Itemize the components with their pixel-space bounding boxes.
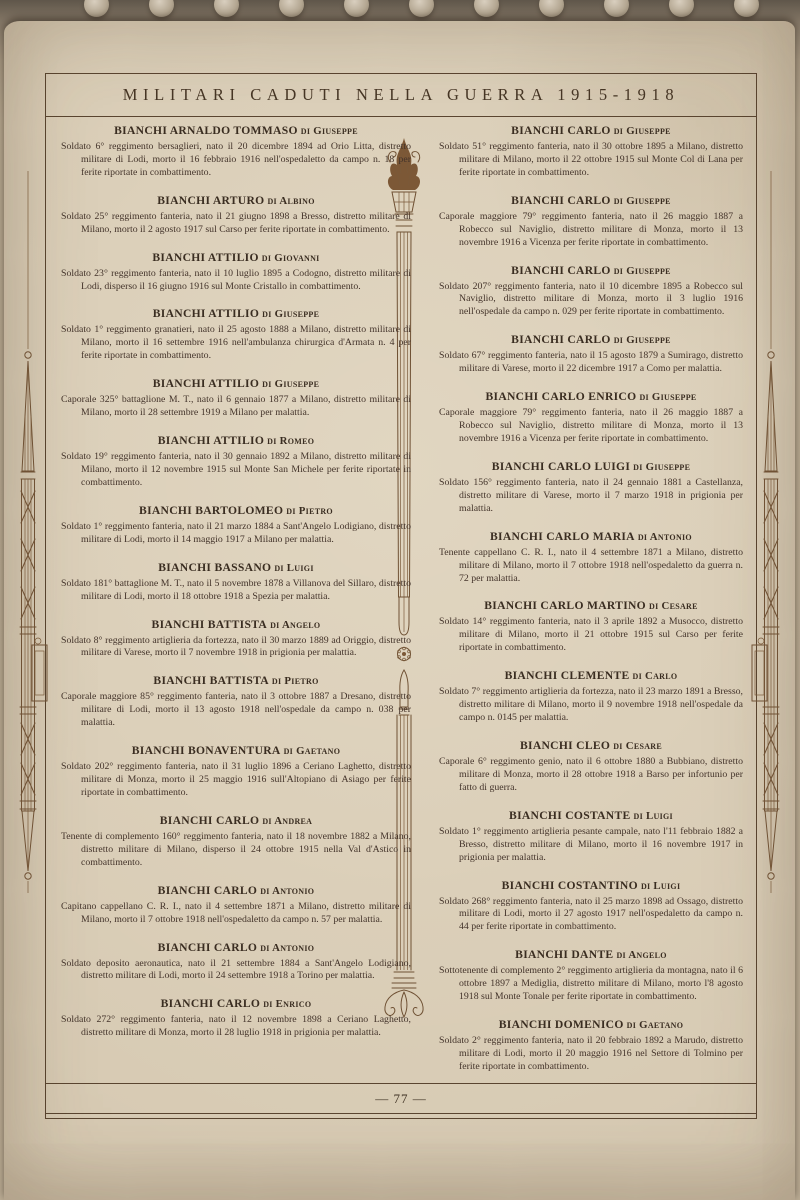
soldier-name-heading: BIANCHI ATTILIOdi Giuseppe <box>61 377 411 390</box>
soldier-name-heading: BIANCHI CARLOdi Antonio <box>61 884 411 897</box>
soldier-name-heading: BIANCHI CLEMENTEdi Carlo <box>439 669 743 682</box>
soldier-name-heading: BIANCHI CARLOdi Giuseppe <box>439 264 743 277</box>
soldier-name: BIANCHI CLEO <box>520 739 610 752</box>
soldier-name-heading: BIANCHI CARLOdi Enrico <box>61 997 411 1010</box>
soldier-father: di Angelo <box>616 949 666 961</box>
soldier-name-heading: BIANCHI ATTILIOdi Romeo <box>61 434 411 447</box>
edge-dot <box>604 0 629 17</box>
soldier-record: Soldato 6° reggimento bersaglieri, nato … <box>61 141 411 180</box>
soldier-entry: BIANCHI BONAVENTURAdi Gaetano Soldato 20… <box>61 744 411 800</box>
soldier-name-heading: BIANCHI BATTISTAdi Angelo <box>61 618 411 631</box>
soldier-entry: BIANCHI ARTUROdi Albino Soldato 25° regg… <box>61 194 411 237</box>
soldier-name-heading: BIANCHI BARTOLOMEOdi Pietro <box>61 504 411 517</box>
edge-dot <box>669 0 694 17</box>
soldier-name-heading: BIANCHI CARLOdi Giuseppe <box>439 124 743 137</box>
soldier-father: di Antonio <box>638 531 692 543</box>
soldier-name-heading: BIANCHI BATTISTAdi Pietro <box>61 674 411 687</box>
soldier-record: Soldato 1° reggimento granatieri, nato i… <box>61 324 411 363</box>
soldier-record: Soldato 181° battaglione M. T., nato il … <box>61 578 411 604</box>
soldier-name: BIANCHI ARNALDO TOMMASO <box>114 124 298 137</box>
soldier-father: di Pietro <box>272 675 319 687</box>
soldier-entry: BIANCHI CARLOdi Giuseppe Soldato 51° reg… <box>439 124 743 180</box>
soldier-name-heading: BIANCHI BASSANOdi Luigi <box>61 561 411 574</box>
fasces-left-icon <box>8 171 48 893</box>
soldier-father: di Antonio <box>260 942 314 954</box>
soldier-record: Soldato 2° reggimento fanteria, nato il … <box>439 1035 743 1074</box>
soldier-record: Caporale maggiore 79° reggimento fanteri… <box>439 211 743 250</box>
soldier-record: Soldato 7° reggimento artiglieria da for… <box>439 686 743 725</box>
soldier-record: Capitano cappellano C. R. I., nato il 4 … <box>61 901 411 927</box>
edge-dot <box>149 0 174 17</box>
soldier-entry: BIANCHI CLEOdi Cesare Caporale 6° reggim… <box>439 739 743 795</box>
soldier-record: Soldato 272° reggimento fanteria, nato i… <box>61 1014 411 1040</box>
soldier-name: BIANCHI BONAVENTURA <box>132 744 281 757</box>
soldier-name-heading: BIANCHI COSTANTINOdi Luigi <box>439 879 743 892</box>
soldier-entry: BIANCHI CARLOdi Giuseppe Caporale maggio… <box>439 194 743 250</box>
soldier-name-heading: BIANCHI CARLO LUIGIdi Giuseppe <box>439 460 743 473</box>
soldier-name-heading: BIANCHI CARLOdi Giuseppe <box>439 333 743 346</box>
soldier-name: BIANCHI COSTANTE <box>509 809 631 822</box>
title-band: MILITARI CADUTI NELLA GUERRA 1915-1918 <box>46 74 756 117</box>
soldier-record: Caporale maggiore 79° reggimento fanteri… <box>439 407 743 446</box>
soldier-entry: BIANCHI COSTANTINOdi Luigi Soldato 268° … <box>439 879 743 935</box>
soldier-name: BIANCHI DANTE <box>515 948 613 961</box>
soldier-name: BIANCHI DOMENICO <box>499 1018 624 1031</box>
soldier-name: BIANCHI ATTILIO <box>153 307 259 320</box>
soldier-record: Caporale 325° battaglione M. T., nato il… <box>61 394 411 420</box>
soldier-father: di Enrico <box>263 998 311 1010</box>
soldier-name: BIANCHI COSTANTINO <box>502 879 638 892</box>
soldier-name-heading: BIANCHI CARLO MARTINOdi Cesare <box>439 599 743 612</box>
soldier-father: di Luigi <box>641 880 680 892</box>
soldier-entry: BIANCHI ATTILIOdi Giuseppe Caporale 325°… <box>61 377 411 420</box>
soldier-entry: BIANCHI CARLOdi Antonio Capitano cappell… <box>61 884 411 927</box>
soldier-entry: BIANCHI CARLOdi Enrico Soldato 272° regg… <box>61 997 411 1040</box>
soldier-name-heading: BIANCHI ATTILIOdi Giovanni <box>61 251 411 264</box>
soldier-name: BIANCHI CARLO <box>158 941 258 954</box>
soldier-name: BIANCHI ATTILIO <box>153 377 259 390</box>
soldier-father: di Giuseppe <box>614 334 671 346</box>
soldier-name: BIANCHI BATTISTA <box>153 674 269 687</box>
soldier-name: BIANCHI BASSANO <box>158 561 271 574</box>
soldier-name: BIANCHI ARTURO <box>157 194 264 207</box>
soldier-name-heading: BIANCHI CARLO ENRICOdi Giuseppe <box>439 390 743 403</box>
soldier-name-heading: BIANCHI BONAVENTURAdi Gaetano <box>61 744 411 757</box>
soldier-father: di Giuseppe <box>639 391 696 403</box>
soldier-entry: BIANCHI CLEMENTEdi Carlo Soldato 7° regg… <box>439 669 743 725</box>
edge-dot <box>279 0 304 17</box>
footer-band: — 77 — <box>46 1083 756 1113</box>
soldier-name: BIANCHI CARLO <box>511 124 611 137</box>
soldier-name-heading: BIANCHI CLEOdi Cesare <box>439 739 743 752</box>
soldier-record: Soldato 67° reggimento fanteria, nato il… <box>439 350 743 376</box>
soldier-entry: BIANCHI DANTEdi Angelo Sottotenente di c… <box>439 948 743 1004</box>
soldier-entry: BIANCHI ATTILIOdi Romeo Soldato 19° regg… <box>61 434 411 490</box>
edge-dot <box>214 0 239 17</box>
soldier-record: Soldato 14° reggimento fanteria, nato il… <box>439 616 743 655</box>
soldier-father: di Giuseppe <box>301 125 358 137</box>
soldier-name: BIANCHI CARLO ENRICO <box>485 390 636 403</box>
soldier-name: BIANCHI CARLO <box>161 997 261 1010</box>
soldier-name: BIANCHI ATTILIO <box>152 251 258 264</box>
soldier-record: Soldato 156° reggimento fanteria, nato i… <box>439 477 743 516</box>
soldier-name-heading: BIANCHI ATTILIOdi Giuseppe <box>61 307 411 320</box>
edge-dot <box>474 0 499 17</box>
soldier-father: di Andrea <box>262 815 312 827</box>
edge-dot <box>84 0 109 17</box>
soldier-father: di Gaetano <box>284 745 341 757</box>
soldier-name-heading: BIANCHI CARLOdi Antonio <box>61 941 411 954</box>
soldier-name-heading: BIANCHI ARTUROdi Albino <box>61 194 411 207</box>
soldier-father: di Giuseppe <box>614 195 671 207</box>
edge-dot <box>344 0 369 17</box>
soldier-record: Soldato 25° reggimento fanteria, nato il… <box>61 211 411 237</box>
soldier-father: di Cesare <box>649 600 698 612</box>
soldier-entry: BIANCHI BARTOLOMEOdi Pietro Soldato 1° r… <box>61 504 411 547</box>
soldier-record: Soldato 23° reggimento fanteria, nato il… <box>61 268 411 294</box>
soldier-record: Soldato 8° reggimento artiglieria da for… <box>61 635 411 661</box>
page-title: MILITARI CADUTI NELLA GUERRA 1915-1918 <box>123 85 680 105</box>
soldier-record: Tenente cappellano C. R. I., nato il 4 s… <box>439 547 743 586</box>
soldier-entry: BIANCHI COSTANTEdi Luigi Soldato 1° regg… <box>439 809 743 865</box>
soldier-father: di Giuseppe <box>633 461 690 473</box>
soldier-father: di Giovanni <box>262 252 320 264</box>
soldier-entry: BIANCHI CARLOdi Antonio Soldato deposito… <box>61 941 411 984</box>
soldier-father: di Luigi <box>274 562 313 574</box>
soldier-name: BIANCHI CARLO MARIA <box>490 530 635 543</box>
edge-dot <box>409 0 434 17</box>
soldier-entry: BIANCHI CARLOdi Giuseppe Soldato 207° re… <box>439 264 743 320</box>
book-page: MILITARI CADUTI NELLA GUERRA 1915-1918 <box>4 21 795 1200</box>
soldier-father: di Giuseppe <box>614 265 671 277</box>
soldier-father: di Romeo <box>267 435 314 447</box>
soldier-name: BIANCHI ATTILIO <box>158 434 264 447</box>
soldier-father: di Cesare <box>613 740 662 752</box>
soldier-record: Tenente di complemento 160° reggimento f… <box>61 831 411 870</box>
soldier-name: BIANCHI CARLO <box>158 884 258 897</box>
soldier-name-heading: BIANCHI DOMENICOdi Gaetano <box>439 1018 743 1031</box>
soldier-father: di Luigi <box>634 810 673 822</box>
soldier-entry: BIANCHI ARNALDO TOMMASOdi Giuseppe Solda… <box>61 124 411 180</box>
soldier-record: Soldato deposito aeronautica, nato il 21… <box>61 958 411 984</box>
soldier-entry: BIANCHI CARLO MARIAdi Antonio Tenente ca… <box>439 530 743 586</box>
right-column: BIANCHI CARLOdi Giuseppe Soldato 51° reg… <box>439 121 743 1083</box>
soldier-father: di Pietro <box>286 505 333 517</box>
soldier-name: BIANCHI BARTOLOMEO <box>139 504 283 517</box>
column-gap <box>411 121 439 1083</box>
soldier-record: Soldato 1° reggimento artiglieria pesant… <box>439 826 743 865</box>
soldier-entry: BIANCHI BASSANOdi Luigi Soldato 181° bat… <box>61 561 411 604</box>
soldier-record: Soldato 207° reggimento fanteria, nato i… <box>439 281 743 320</box>
soldier-entry: BIANCHI CARLO ENRICOdi Giuseppe Caporale… <box>439 390 743 446</box>
soldier-record: Caporale maggiore 85° reggimento fanteri… <box>61 691 411 730</box>
soldier-father: di Giuseppe <box>614 125 671 137</box>
soldier-record: Soldato 51° reggimento fanteria, nato il… <box>439 141 743 180</box>
soldier-entry: BIANCHI CARLOdi Giuseppe Soldato 67° reg… <box>439 333 743 376</box>
left-column: BIANCHI ARNALDO TOMMASOdi Giuseppe Solda… <box>61 121 411 1083</box>
soldier-entry: BIANCHI BATTISTAdi Angelo Soldato 8° reg… <box>61 618 411 661</box>
edge-dot <box>734 0 759 17</box>
soldier-name: BIANCHI CARLO LUIGI <box>492 460 630 473</box>
soldier-record: Sottotenente di complemento 2° reggiment… <box>439 965 743 1004</box>
soldier-father: di Gaetano <box>627 1019 684 1031</box>
soldier-entry: BIANCHI CARLOdi Andrea Tenente di comple… <box>61 814 411 870</box>
soldier-father: di Giuseppe <box>262 378 319 390</box>
soldier-name-heading: BIANCHI CARLOdi Andrea <box>61 814 411 827</box>
soldier-name-heading: BIANCHI CARLO MARIAdi Antonio <box>439 530 743 543</box>
page-number: — 77 — <box>375 1091 427 1107</box>
soldier-father: di Albino <box>267 195 314 207</box>
soldier-name: BIANCHI CARLO <box>160 814 260 827</box>
soldier-name-heading: BIANCHI CARLOdi Giuseppe <box>439 194 743 207</box>
book-edge-dots <box>84 0 759 17</box>
soldier-name: BIANCHI CARLO <box>511 194 611 207</box>
edge-dot <box>539 0 564 17</box>
soldier-name: BIANCHI BATTISTA <box>152 618 268 631</box>
soldier-record: Soldato 268° reggimento fanteria, nato i… <box>439 896 743 935</box>
soldier-record: Soldato 1° reggimento fanteria, nato il … <box>61 521 411 547</box>
soldier-father: di Giuseppe <box>262 308 319 320</box>
fasces-right-icon <box>751 171 791 893</box>
soldier-record: Caporale 6° reggimento genio, nato il 6 … <box>439 756 743 795</box>
soldier-name-heading: BIANCHI COSTANTEdi Luigi <box>439 809 743 822</box>
soldier-name-heading: BIANCHI ARNALDO TOMMASOdi Giuseppe <box>61 124 411 137</box>
soldier-entry: BIANCHI CARLO MARTINOdi Cesare Soldato 1… <box>439 599 743 655</box>
soldier-entry: BIANCHI ATTILIOdi Giovanni Soldato 23° r… <box>61 251 411 294</box>
soldier-record: Soldato 202° reggimento fanteria, nato i… <box>61 761 411 800</box>
soldier-entry: BIANCHI BATTISTAdi Pietro Caporale maggi… <box>61 674 411 730</box>
soldier-entry: BIANCHI ATTILIOdi Giuseppe Soldato 1° re… <box>61 307 411 363</box>
page-frame: MILITARI CADUTI NELLA GUERRA 1915-1918 <box>45 73 757 1119</box>
soldier-father: di Carlo <box>633 670 678 682</box>
two-column-register: BIANCHI ARNALDO TOMMASOdi Giuseppe Solda… <box>46 117 756 1083</box>
soldier-father: di Antonio <box>260 885 314 897</box>
soldier-name-heading: BIANCHI DANTEdi Angelo <box>439 948 743 961</box>
soldier-entry: BIANCHI CARLO LUIGIdi Giuseppe Soldato 1… <box>439 460 743 516</box>
soldier-name: BIANCHI CARLO <box>511 264 611 277</box>
soldier-entry: BIANCHI DOMENICOdi Gaetano Soldato 2° re… <box>439 1018 743 1074</box>
soldier-record: Soldato 19° reggimento fanteria, nato il… <box>61 451 411 490</box>
soldier-father: di Angelo <box>270 619 320 631</box>
soldier-name: BIANCHI CARLO <box>511 333 611 346</box>
soldier-name: BIANCHI CARLO MARTINO <box>484 599 646 612</box>
soldier-name: BIANCHI CLEMENTE <box>505 669 630 682</box>
